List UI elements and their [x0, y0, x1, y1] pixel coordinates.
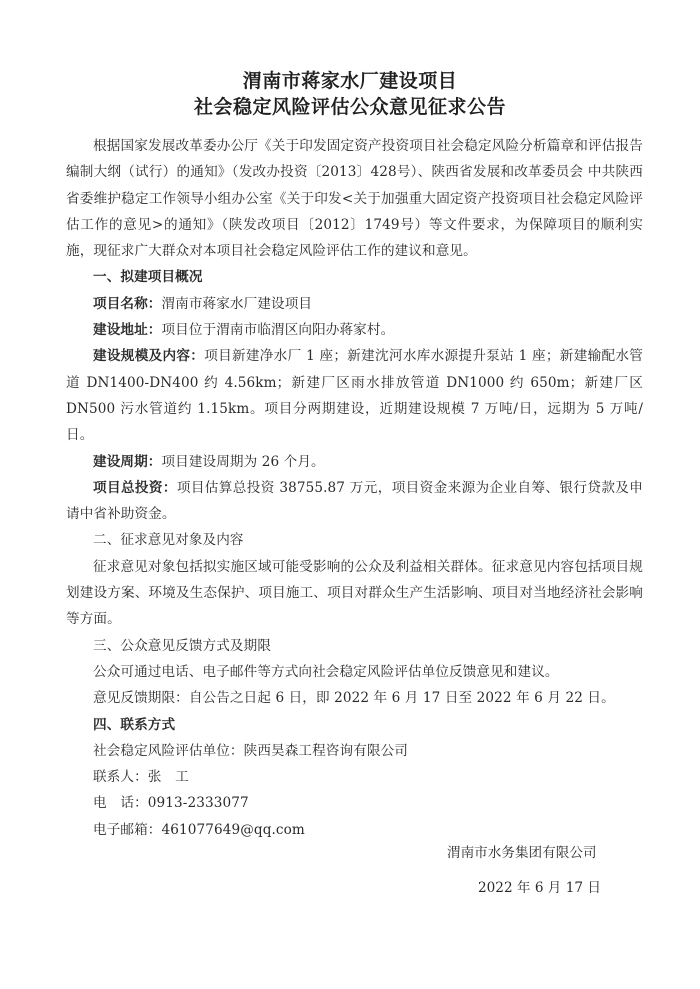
section1-heading: 一、拟建项目概况 [66, 264, 643, 290]
document-title-line1: 渭南市蒋家水厂建设项目 [0, 69, 700, 94]
project-investment-label: 项目总投资： [93, 480, 177, 496]
project-period-line: 建设周期：项目建设周期为 26 个月。 [66, 449, 643, 475]
section3-heading: 三、公众意见反馈方式及期限 [66, 633, 643, 659]
assessment-unit-line: 社会稳定风险评估单位：陕西昊森工程咨询有限公司 [66, 738, 643, 764]
phone-line: 电 话：0913-2333077 [66, 790, 643, 816]
contact-person-line: 联系人：张 工 [66, 764, 643, 790]
project-scale-label: 建设规模及内容： [93, 348, 204, 364]
project-name-label: 项目名称： [93, 296, 161, 312]
signature-date: 2022 年 6 月 17 日 [478, 875, 601, 901]
phone-label: 电 话： [93, 795, 148, 811]
project-name-line: 项目名称：渭南市蒋家水厂建设项目 [66, 291, 643, 317]
contact-person-value: 张 工 [148, 769, 189, 785]
document-page: 渭南市蒋家水厂建设项目 社会稳定风险评估公众意见征求公告 根据国家发展改革委办公… [0, 0, 700, 989]
email-link[interactable]: 461077649@qq.com [161, 822, 304, 838]
email-label: 电子邮箱： [93, 822, 161, 838]
signature-organization: 渭南市水务集团有限公司 [447, 840, 597, 866]
contact-person-label: 联系人： [93, 769, 148, 785]
project-address-line: 建设地址：项目位于渭南市临渭区向阳办蒋家村。 [66, 317, 643, 343]
section2-paragraph: 征求意见对象包括拟实施区域可能受影响的公众及利益相关群体。征求意见内容包括项目规… [66, 554, 643, 633]
project-address-value: 项目位于渭南市临渭区向阳办蒋家村。 [161, 322, 394, 338]
project-investment-line: 项目总投资：项目估算总投资 38755.87 万元，项目资金来源为企业自筹、银行… [66, 475, 643, 528]
intro-paragraph: 根据国家发展改革委办公厅《关于印发固定资产投资项目社会稳定风险分析篇章和评估报告… [66, 133, 643, 264]
project-name-value: 渭南市蒋家水厂建设项目 [161, 296, 312, 312]
project-period-label: 建设周期： [93, 454, 161, 470]
project-period-value: 项目建设周期为 26 个月。 [161, 454, 324, 470]
document-title-line2: 社会稳定风险评估公众意见征求公告 [0, 95, 700, 120]
phone-value: 0913-2333077 [148, 795, 249, 811]
section4-heading: 四、联系方式 [66, 712, 643, 738]
feedback-method: 公众可通过电话、电子邮件等方式向社会稳定风险评估单位反馈意见和建议。 [66, 659, 643, 685]
document-body: 根据国家发展改革委办公厅《关于印发固定资产投资项目社会稳定风险分析篇章和评估报告… [66, 133, 643, 843]
feedback-deadline: 意见反馈期限：自公告之日起 6 日，即 2022 年 6 月 17 日至 202… [66, 685, 643, 711]
project-scale-line: 建设规模及内容：项目新建净水厂 1 座；新建沈河水库水源提升泵站 1 座；新建输… [66, 343, 643, 448]
project-address-label: 建设地址： [93, 322, 161, 338]
assessment-unit-label: 社会稳定风险评估单位： [93, 743, 244, 759]
assessment-unit-value: 陕西昊森工程咨询有限公司 [244, 743, 408, 759]
section2-heading: 二、征求意见对象及内容 [66, 527, 643, 553]
